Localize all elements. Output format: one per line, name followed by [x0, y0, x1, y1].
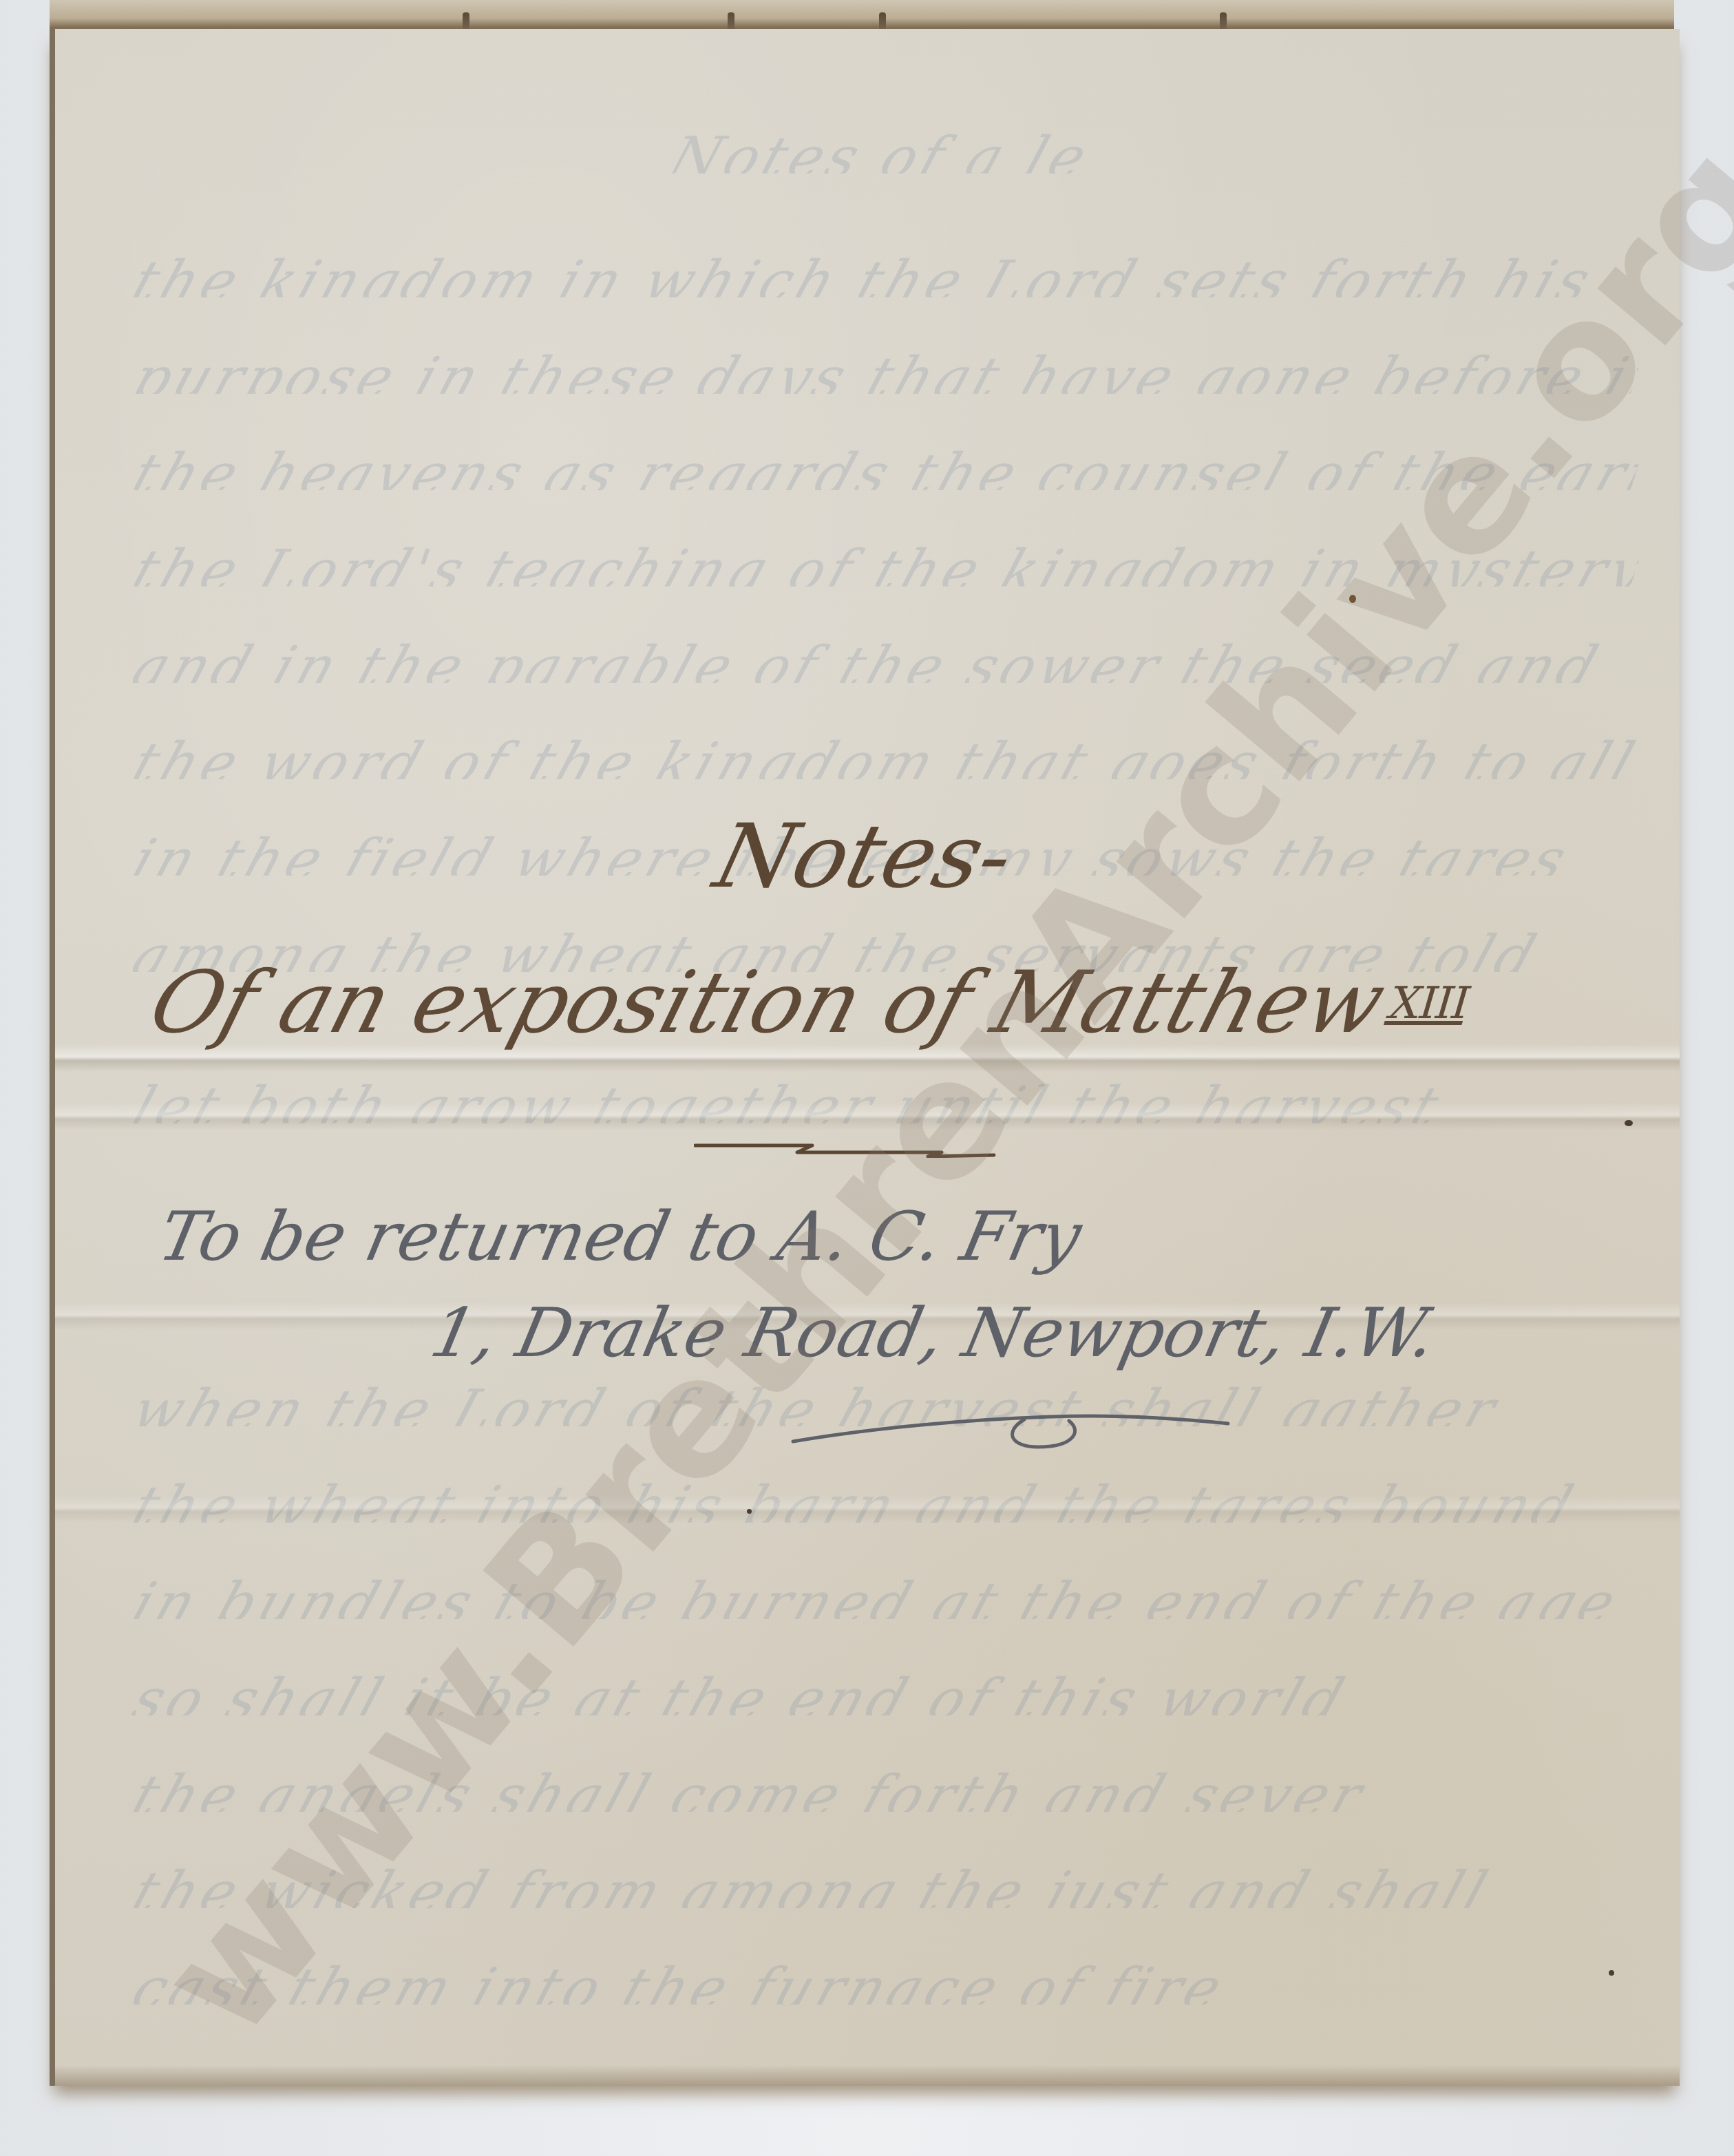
chapter-numeral: XIII: [1382, 978, 1475, 1029]
bleed-through-line: in bundles to be burned at the end of th…: [130, 1571, 1647, 1619]
return-address: 1, Drake Road, Newport, I.W.: [424, 1294, 1443, 1373]
manuscript-title: Notes-: [705, 805, 1023, 908]
bleed-through-line: purpose in these days that have gone bef…: [130, 346, 1647, 394]
binding-strip: [50, 0, 1674, 33]
ink-speck: [747, 1509, 752, 1514]
bleed-through-line: the word of the kingdom that goes forth …: [130, 731, 1647, 779]
bleed-through-line: Notes of a lecture given before at the p…: [667, 125, 1096, 173]
manuscript-subtitle: Of an exposition of MatthewXIII: [139, 953, 1482, 1053]
paper-crease: [55, 1495, 1680, 1523]
underline-flourish: [790, 1404, 1231, 1452]
subtitle-text: Of an exposition of Matthew: [139, 953, 1395, 1053]
ink-speck: [1609, 1970, 1614, 1976]
bleed-through-line: the kingdom in which the Lord sets forth…: [130, 249, 1647, 297]
manuscript-page: Notes of a lecture given before at the p…: [50, 29, 1680, 2086]
ink-speck: [1625, 1120, 1633, 1126]
